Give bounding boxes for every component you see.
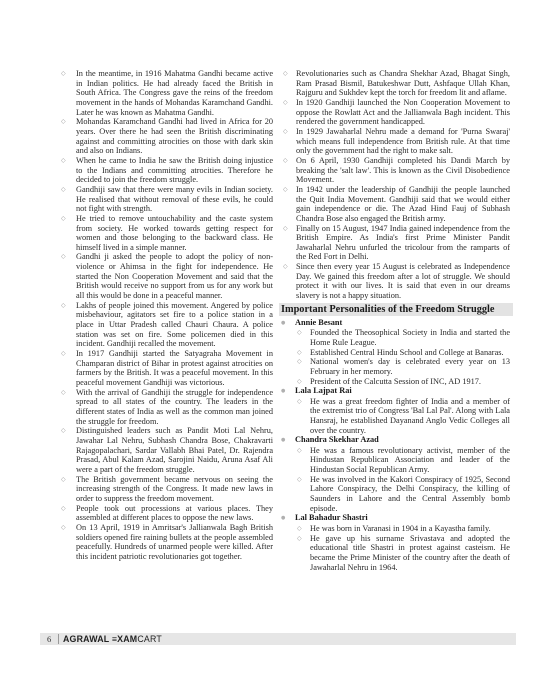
personality-name: Lal Bahadur Shastri — [295, 513, 510, 524]
brand-bold: AGRAWAL ≡XAM — [63, 634, 137, 644]
left-bullet-list: In the meantime, in 1916 Mahatma Gandhi … — [60, 69, 273, 561]
personality-lal-bahadur-shastri: Lal Bahadur Shastri He was born in Varan… — [285, 513, 510, 572]
right-column: Revolutionaries such as Chandra Shekhar … — [285, 69, 510, 572]
list-item: He was a great freedom fighter of India … — [295, 397, 510, 436]
list-item: Finally on 15 August, 1947 India gained … — [285, 224, 510, 263]
section-heading: Important Personalities of the Freedom S… — [279, 303, 513, 316]
list-item: Gandhi ji asked the people to adopt the … — [60, 252, 273, 300]
list-item: He was a famous revolutionary activist, … — [295, 446, 510, 475]
list-item: Since then every year 15 August is celeb… — [285, 262, 510, 301]
list-item: President of the Calcutta Session of INC… — [295, 377, 510, 387]
list-item: Revolutionaries such as Chandra Shekhar … — [285, 69, 510, 98]
list-item: In 1929 Jawaharlal Nehru made a demand f… — [285, 127, 510, 156]
list-item: He was involved in the Kakori Conspiracy… — [295, 475, 510, 514]
left-column: In the meantime, in 1916 Mahatma Gandhi … — [60, 69, 273, 561]
personality-name: Chandra Skekhar Azad — [295, 435, 510, 446]
list-item: He tried to remove untouchability and th… — [60, 214, 273, 253]
list-item: Mohandas Karamchand Gandhi had lived in … — [60, 117, 273, 156]
right-bullet-list: Revolutionaries such as Chandra Shekhar … — [285, 69, 510, 301]
list-item: People took out processions at various p… — [60, 504, 273, 523]
list-item: Established Central Hindu School and Col… — [295, 348, 510, 358]
list-item: On 13 April, 1919 in Amritsar's Jallianw… — [60, 523, 273, 562]
list-item: Lakhs of people joined this movement. An… — [60, 301, 273, 349]
list-item: He was born in Varanasi in 1904 in a Kay… — [295, 524, 510, 534]
list-item: He gave up his surname Srivastava and ad… — [295, 534, 510, 573]
list-item: Distinguished leaders such as Pandit Mot… — [60, 426, 273, 474]
brand-light: CART — [137, 634, 162, 644]
document-page: In the meantime, in 1916 Mahatma Gandhi … — [0, 0, 554, 700]
list-item: When he came to India he saw the British… — [60, 156, 273, 185]
list-item: In 1920 Gandhiji launched the Non Cooper… — [285, 98, 510, 127]
brand-logo: AGRAWAL ≡XAMCART — [63, 633, 162, 645]
list-item: The British government became nervous on… — [60, 475, 273, 504]
personality-annie-besant: Annie Besant Founded the Theosophical So… — [285, 318, 510, 386]
personality-name: Annie Besant — [295, 318, 510, 329]
list-item: Gandhiji saw that there were many evils … — [60, 185, 273, 214]
list-item: In 1917 Gandhiji started the Satyagraha … — [60, 349, 273, 388]
personality-lala-lajpat-rai: Lala Lajpat Rai He was a great freedom f… — [285, 386, 510, 435]
personality-chandra-shekhar-azad: Chandra Skekhar Azad He was a famous rev… — [285, 435, 510, 513]
footer-divider — [58, 634, 59, 644]
list-item: In 1942 under the leadership of Gandhiji… — [285, 185, 510, 224]
list-item: On 6 April, 1930 Gandhiji completed his … — [285, 156, 510, 185]
list-item: With the arrival of Gandhiji the struggl… — [60, 388, 273, 427]
page-number: 6 — [47, 633, 51, 645]
list-item: Founded the Theosophical Society in Indi… — [295, 328, 510, 347]
list-item: National women's day is celebrated every… — [295, 357, 510, 376]
list-item: In the meantime, in 1916 Mahatma Gandhi … — [60, 69, 273, 117]
personality-name: Lala Lajpat Rai — [295, 386, 510, 397]
